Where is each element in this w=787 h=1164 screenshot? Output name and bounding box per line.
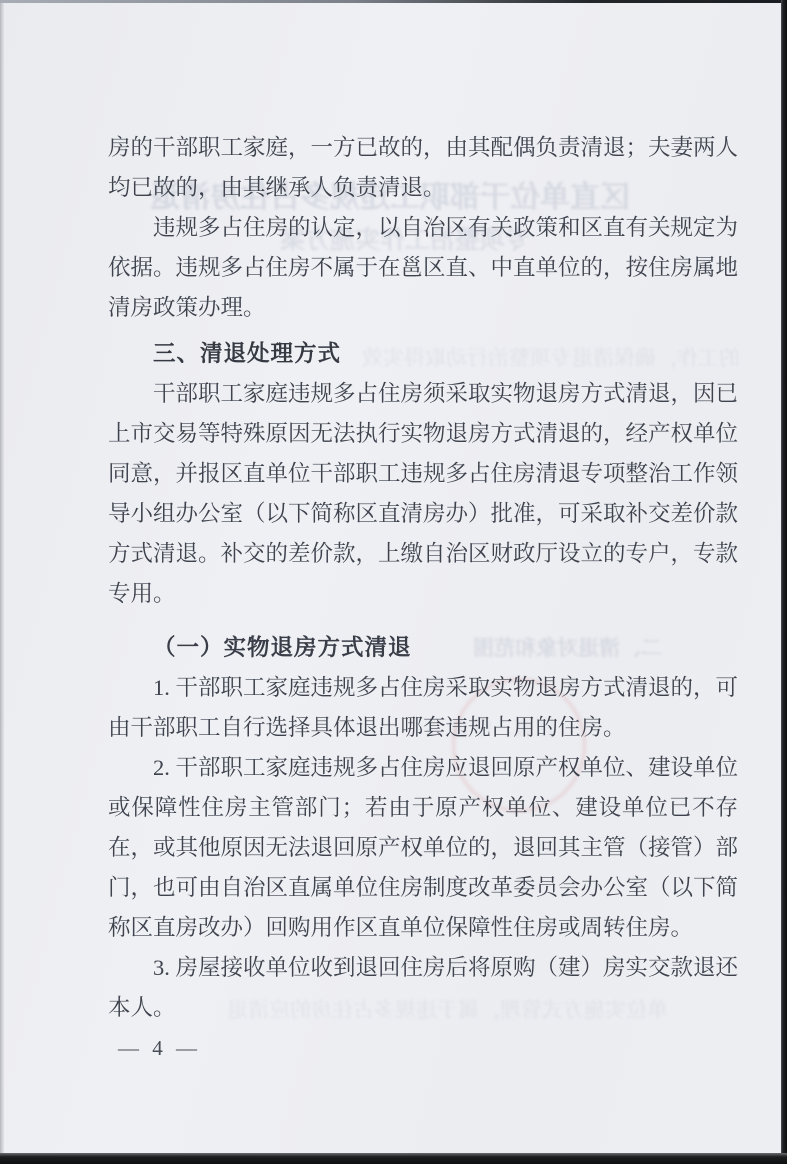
document-page: 区直单位干部职工违规多占住房清退 专项整治工作实施方案 的工作，确保清退专项整治… — [0, 0, 787, 1164]
paragraph-item-2: 2. 干部职工家庭违规多占住房应退回原产权单位、建设单位或保障性住房主管部门；若… — [108, 748, 738, 948]
scan-edge-top — [0, 0, 787, 3]
section-heading: 三、清退处理方式 — [108, 334, 738, 374]
paragraph-determination: 违规多占住房的认定，以自治区有关政策和区直有关规定为依据。违规多占住房不属于在邕… — [108, 208, 738, 328]
scan-edge-bottom — [0, 1153, 787, 1164]
paragraph-item-1: 1. 干部职工家庭违规多占住房采取实物退房方式清退的，可由干部职工自行选择具体退… — [108, 668, 738, 748]
subsection-heading: （一）实物退房方式清退 — [108, 628, 738, 668]
scan-edge-left — [0, 0, 4, 1164]
page-text-column: 房的干部职工家庭，一方已故的，由其配偶负责清退；夫妻两人均已故的，由其继承人负责… — [108, 128, 738, 1028]
scan-edge-right — [781, 0, 787, 1164]
paragraph-method: 干部职工家庭违规多占住房须采取实物退房方式清退，因已上市交易等特殊原因无法执行实… — [108, 374, 738, 614]
page-number: — 4 — — [118, 1036, 201, 1061]
paragraph-item-3: 3. 房屋接收单位收到退回住房后将原购（建）房实交款退还本人。 — [108, 948, 738, 1028]
paragraph-continuation: 房的干部职工家庭，一方已故的，由其配偶负责清退；夫妻两人均已故的，由其继承人负责… — [108, 128, 738, 208]
